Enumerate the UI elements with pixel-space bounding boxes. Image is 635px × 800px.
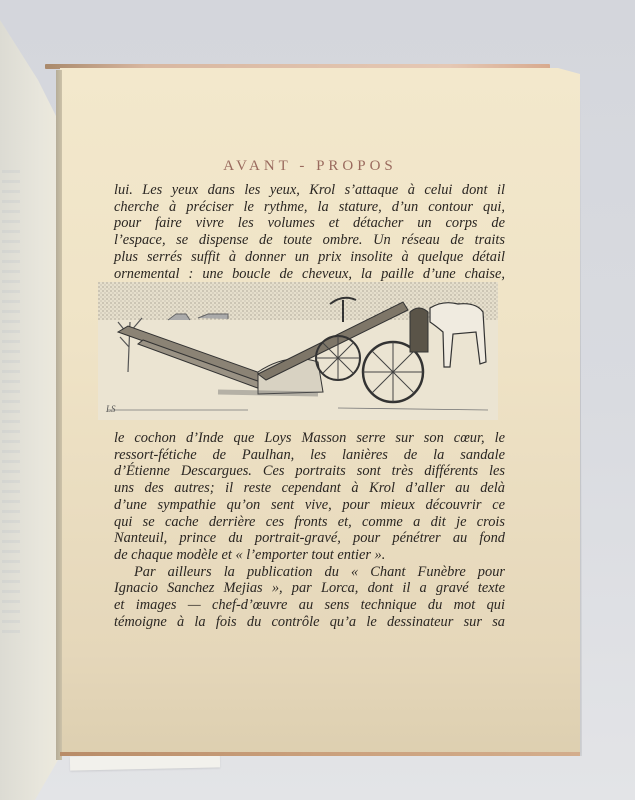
book-gutter — [56, 70, 62, 760]
text-line: ressort-fétiche de Paulhan, les lanières… — [114, 447, 505, 464]
plough-engraving: LS — [98, 282, 498, 420]
text-line: uns des autres; il reste cependant à Kro… — [114, 480, 505, 497]
text-line: cherche à préciser le rythme, la stature… — [114, 199, 505, 216]
text-line: lui. Les yeux dans les yeux, Krol s’atta… — [114, 182, 505, 199]
engraver-signature: LS — [106, 404, 116, 414]
text-line: de chaque modèle et « l’emporter tout en… — [114, 547, 505, 564]
text-line: qui se cache derrière ces fronts et, com… — [114, 514, 505, 531]
text-line: pour faire vivre les volumes et détacher… — [114, 215, 505, 232]
plough-illustration-icon — [98, 282, 498, 420]
text-line: le cochon d’Inde que Loys Masson serre s… — [114, 430, 505, 447]
page-bottom-edge — [60, 752, 580, 756]
left-page-show-through-text — [2, 170, 20, 640]
paragraph-2: le cochon d’Inde que Loys Masson serre s… — [114, 430, 505, 630]
text-line: ornemental : une boucle de cheveux, la p… — [114, 266, 505, 283]
text-line: d’Étienne Descargues. Ces portraits sont… — [114, 463, 505, 480]
text-line: Ignacio Sanchez Mejias », par Lorca, don… — [114, 580, 505, 597]
paragraph-1: lui. Les yeux dans les yeux, Krol s’atta… — [114, 182, 505, 282]
text-line: témoigne à la fois du contrôle qu’a le d… — [114, 614, 505, 631]
book-page: AVANT - PROPOS lui. Les yeux dans les ye… — [60, 68, 580, 756]
text-line: Par ailleurs la publication du « Chant F… — [114, 564, 505, 581]
underlying-sheet — [70, 753, 220, 770]
text-line: plus serrés suffit à donner un prix inso… — [114, 249, 505, 266]
text-line: d’une sympathie qu’on sent vive, pour mi… — [114, 497, 505, 514]
text-line: Nanteuil, prince du portrait-gravé, pour… — [114, 530, 505, 547]
text-line: l’espace, se dispense de toute ombre. Un… — [114, 232, 505, 249]
page-heading: AVANT - PROPOS — [60, 158, 560, 175]
text-line: et images — chef-d’œuvre au sens techniq… — [114, 597, 505, 614]
